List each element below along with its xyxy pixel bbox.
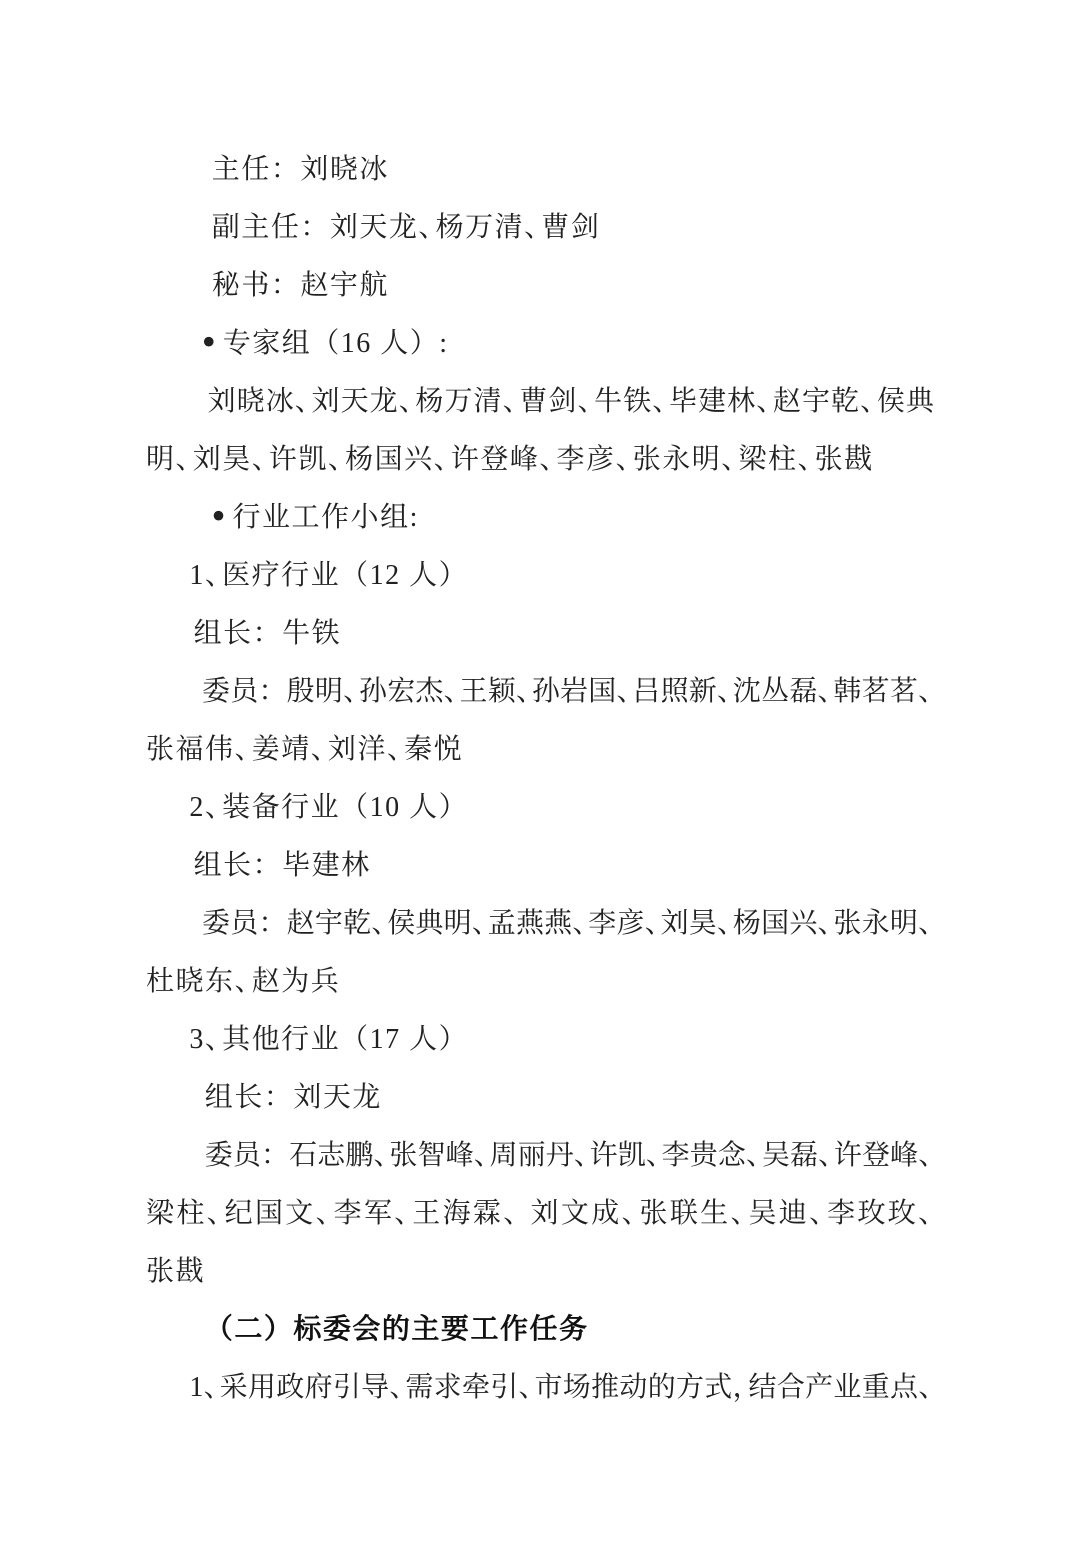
document-body: 主任：刘晓冰副主任：刘天龙、杨万清、曹剑秘书：赵宇航●专家组（16 人）:刘晓冰… <box>146 138 934 1414</box>
document-line: 张戡 <box>146 1240 934 1298</box>
document-line: 委员：殷明、孙宏杰、王颖、孙岩国、吕照新、沈丛磊、韩茗茗、 <box>146 660 934 718</box>
line-text: 1、采用政府引导、需求牵引、市场推动的方式，结合产业重点、 <box>189 1365 934 1405</box>
document-line: 组长：刘天龙 <box>146 1066 934 1124</box>
line-text: 专家组（16 人）: <box>223 321 449 361</box>
bullet-icon: ● <box>202 330 216 352</box>
line-text: 秘书：赵宇航 <box>212 263 389 303</box>
line-text: 主任：刘晓冰 <box>212 147 389 187</box>
line-text: 组长：牛铁 <box>194 611 342 651</box>
line-text: 委员：殷明、孙宏杰、王颖、孙岩国、吕照新、沈丛磊、韩茗茗、 <box>202 669 934 709</box>
document-line: 明、刘昊、许凯、杨国兴、许登峰、李彦、张永明、梁柱、张戡 <box>146 428 934 486</box>
document-line: 刘晓冰、刘天龙、杨万清、曹剑、牛铁、毕建林、赵宇乾、侯典 <box>146 370 934 428</box>
line-text: 组长：毕建林 <box>194 843 371 883</box>
document-line: 1、医疗行业（12 人） <box>146 544 934 602</box>
line-text: （二）标委会的主要工作任务 <box>205 1307 589 1347</box>
document-line: 秘书：赵宇航 <box>146 254 934 312</box>
document-line: （二）标委会的主要工作任务 <box>146 1298 934 1356</box>
line-text: 3、其他行业（17 人） <box>189 1017 468 1057</box>
document-line: ●专家组（16 人）: <box>146 312 934 370</box>
line-text: 委员：赵宇乾、侯典明、孟燕燕、李彦、刘昊、杨国兴、张永明、 <box>202 901 934 941</box>
document-line: 委员：石志鹏、张智峰、周丽丹、许凯、李贵念、吴磊、许登峰、 <box>146 1124 934 1182</box>
line-text: 委员：石志鹏、张智峰、周丽丹、许凯、李贵念、吴磊、许登峰、 <box>205 1133 934 1173</box>
bullet-icon: ● <box>212 504 226 526</box>
line-text: 张戡 <box>146 1249 205 1289</box>
line-text: 明、刘昊、许凯、杨国兴、许登峰、李彦、张永明、梁柱、张戡 <box>146 437 874 477</box>
document-line: 组长：牛铁 <box>146 602 934 660</box>
document-page: 主任：刘晓冰副主任：刘天龙、杨万清、曹剑秘书：赵宇航●专家组（16 人）:刘晓冰… <box>0 0 1080 1567</box>
line-text: 杜晓东、赵为兵 <box>146 959 340 999</box>
line-text: 2、装备行业（10 人） <box>189 785 468 825</box>
document-line: 2、装备行业（10 人） <box>146 776 934 834</box>
line-text: 行业工作小组: <box>232 495 418 535</box>
line-text: 刘晓冰、刘天龙、杨万清、曹剑、牛铁、毕建林、赵宇乾、侯典 <box>208 379 934 419</box>
document-line: 主任：刘晓冰 <box>146 138 934 196</box>
line-text: 1、医疗行业（12 人） <box>189 553 468 593</box>
document-line: 梁柱、纪国文、李军、王海霖、 刘文成、张联生、吴迪、李玫玫、 <box>146 1182 934 1240</box>
line-text: 张福伟、姜靖、刘洋、秦悦 <box>146 727 463 767</box>
document-line: 1、采用政府引导、需求牵引、市场推动的方式，结合产业重点、 <box>146 1356 934 1414</box>
line-text: 组长：刘天龙 <box>205 1075 382 1115</box>
line-text: 副主任：刘天龙、杨万清、曹剑 <box>212 205 601 245</box>
document-line: 3、其他行业（17 人） <box>146 1008 934 1066</box>
line-text: 梁柱、纪国文、李军、王海霖、 刘文成、张联生、吴迪、李玫玫、 <box>146 1191 934 1231</box>
document-line: ●行业工作小组: <box>146 486 934 544</box>
document-line: 杜晓东、赵为兵 <box>146 950 934 1008</box>
document-line: 张福伟、姜靖、刘洋、秦悦 <box>146 718 934 776</box>
document-line: 组长：毕建林 <box>146 834 934 892</box>
document-line: 委员：赵宇乾、侯典明、孟燕燕、李彦、刘昊、杨国兴、张永明、 <box>146 892 934 950</box>
document-line: 副主任：刘天龙、杨万清、曹剑 <box>146 196 934 254</box>
